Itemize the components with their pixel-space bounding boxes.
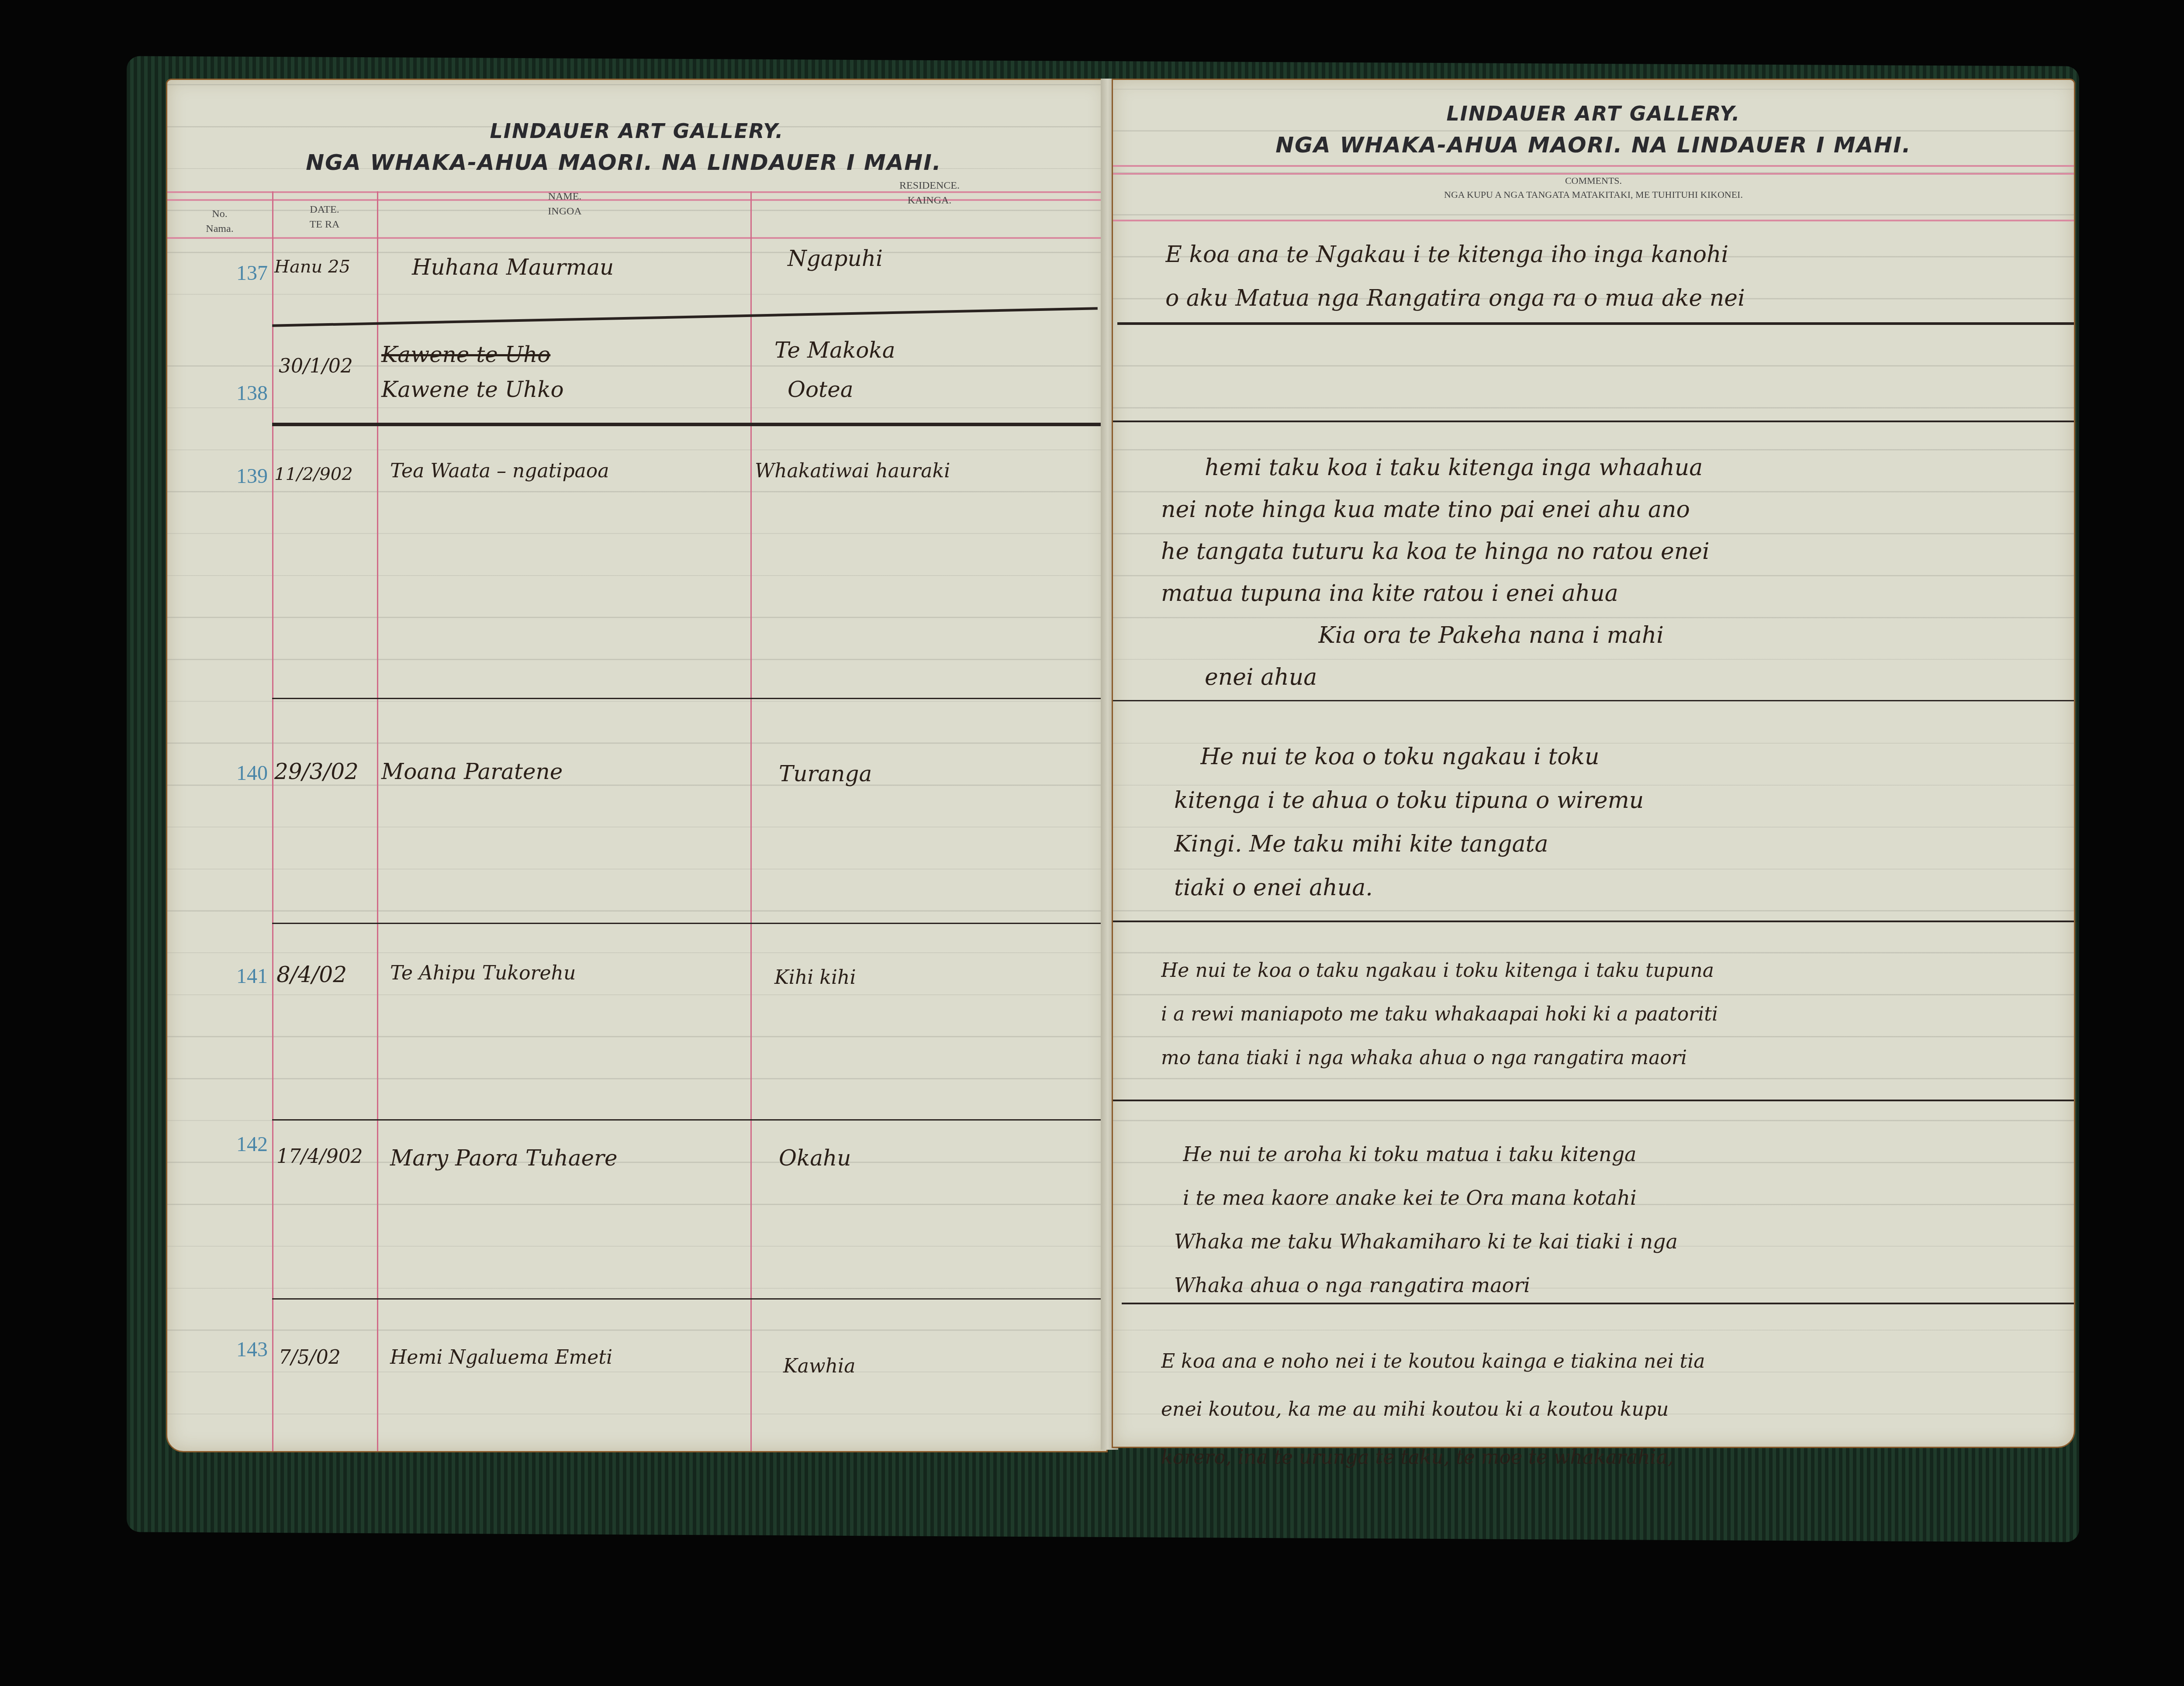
page-title: LINDAUER ART GALLERY. — [167, 119, 1106, 143]
entry-name: Mary Paora Tuhaere — [390, 1145, 618, 1171]
entry-number: 143 — [215, 1338, 268, 1362]
comment-137: E koa ana te Ngakau i te kitenga iho ing… — [1148, 233, 2056, 320]
entry-separator — [1117, 322, 2074, 325]
entry-date: 7/5/02 — [279, 1346, 341, 1369]
entry-number: 140 — [215, 761, 268, 785]
entry-date: 8/4/02 — [276, 962, 347, 987]
column-divider — [750, 191, 752, 1451]
header-rule-bottom — [167, 237, 1106, 239]
page-title: LINDAUER ART GALLERY. — [1113, 102, 2074, 125]
entry-name: Te Ahipu Tukorehu — [390, 962, 576, 984]
column-header-residence: RESIDENCE. KAINGA. — [755, 178, 1104, 208]
entry-residence: Te Makoka — [774, 338, 895, 363]
entry-separator — [272, 423, 1106, 426]
entry-date: 17/4/902 — [276, 1145, 363, 1168]
page-subtitle: NGA WHAKA-AHUA MAORI. NA LINDAUER I MAHI… — [1113, 132, 2074, 158]
entry-residence: Kihi kihi — [774, 966, 856, 989]
comment-143: E koa ana e noho nei i te koutou kainga … — [1148, 1338, 2056, 1482]
entry-separator — [1122, 1303, 2074, 1304]
column-header-no: No. Nama. — [176, 207, 263, 236]
entry-residence: Ngapuhi — [788, 246, 883, 271]
entry-name: Huhana Maurmau — [412, 255, 614, 280]
page-subtitle: NGA WHAKA-AHUA MAORI. NA LINDAUER I MAHI… — [141, 150, 1106, 175]
entry-number: 138 — [215, 381, 268, 405]
column-header-name: NAME. INGOA — [381, 189, 748, 219]
entry-name: Kawene te Uhko — [381, 377, 564, 402]
column-divider — [272, 191, 273, 1451]
header-rule-bottom — [1113, 220, 2074, 221]
entry-date: 29/3/02 — [274, 759, 359, 784]
entry-name: Moana Paratene — [381, 759, 563, 784]
entry-name: Hemi Ngaluema Emeti — [390, 1346, 612, 1369]
right-page: LINDAUER ART GALLERY. NGA WHAKA-AHUA MAO… — [1112, 79, 2075, 1448]
entry-name-struck: Kawene te Uho — [381, 342, 550, 367]
entry-number: 139 — [215, 464, 268, 488]
comment-141: He nui te koa o taku ngakau i toku kiten… — [1148, 949, 2056, 1080]
column-header-comments: COMMENTS. NGA KUPU A NGA TANGATA MATAKIT… — [1113, 174, 2074, 202]
entry-number: 137 — [215, 261, 268, 285]
entry-date: Hanu 25 — [274, 257, 350, 277]
entry-separator — [1113, 1100, 2074, 1101]
entry-date: 11/2/902 — [274, 464, 353, 484]
comment-142: He nui te aroha ki toku matua i taku kit… — [1148, 1132, 2056, 1307]
entry-separator — [1113, 921, 2074, 922]
entry-residence: Kawhia — [783, 1355, 855, 1377]
entry-number: 142 — [215, 1132, 268, 1156]
entry-residence: Turanga — [779, 761, 872, 786]
entry-residence: Whakatiwai hauraki — [755, 460, 950, 482]
entry-date: 30/1/02 — [279, 355, 353, 377]
entry-separator — [272, 698, 1106, 699]
header-rule-top — [1113, 165, 2074, 175]
entry-separator — [272, 1119, 1106, 1121]
entry-name: Tea Waata – ngatipaoa — [390, 460, 609, 482]
entry-number: 141 — [215, 964, 268, 988]
entry-residence-line2: Ootea — [788, 377, 854, 402]
column-header-date: DATE. TE RA — [276, 202, 373, 232]
entry-residence: Okahu — [779, 1145, 851, 1171]
entry-separator — [1113, 700, 2074, 701]
comment-140: He nui te koa o toku ngakau i toku kiten… — [1148, 735, 2056, 910]
entry-separator — [1113, 421, 2074, 422]
entry-separator — [272, 1298, 1106, 1300]
entry-separator — [272, 923, 1106, 924]
comment-139: hemi taku koa i taku kitenga inga whaahu… — [1148, 447, 2056, 698]
left-page: LINDAUER ART GALLERY. NGA WHAKA-AHUA MAO… — [166, 79, 1108, 1452]
column-divider — [377, 191, 378, 1451]
